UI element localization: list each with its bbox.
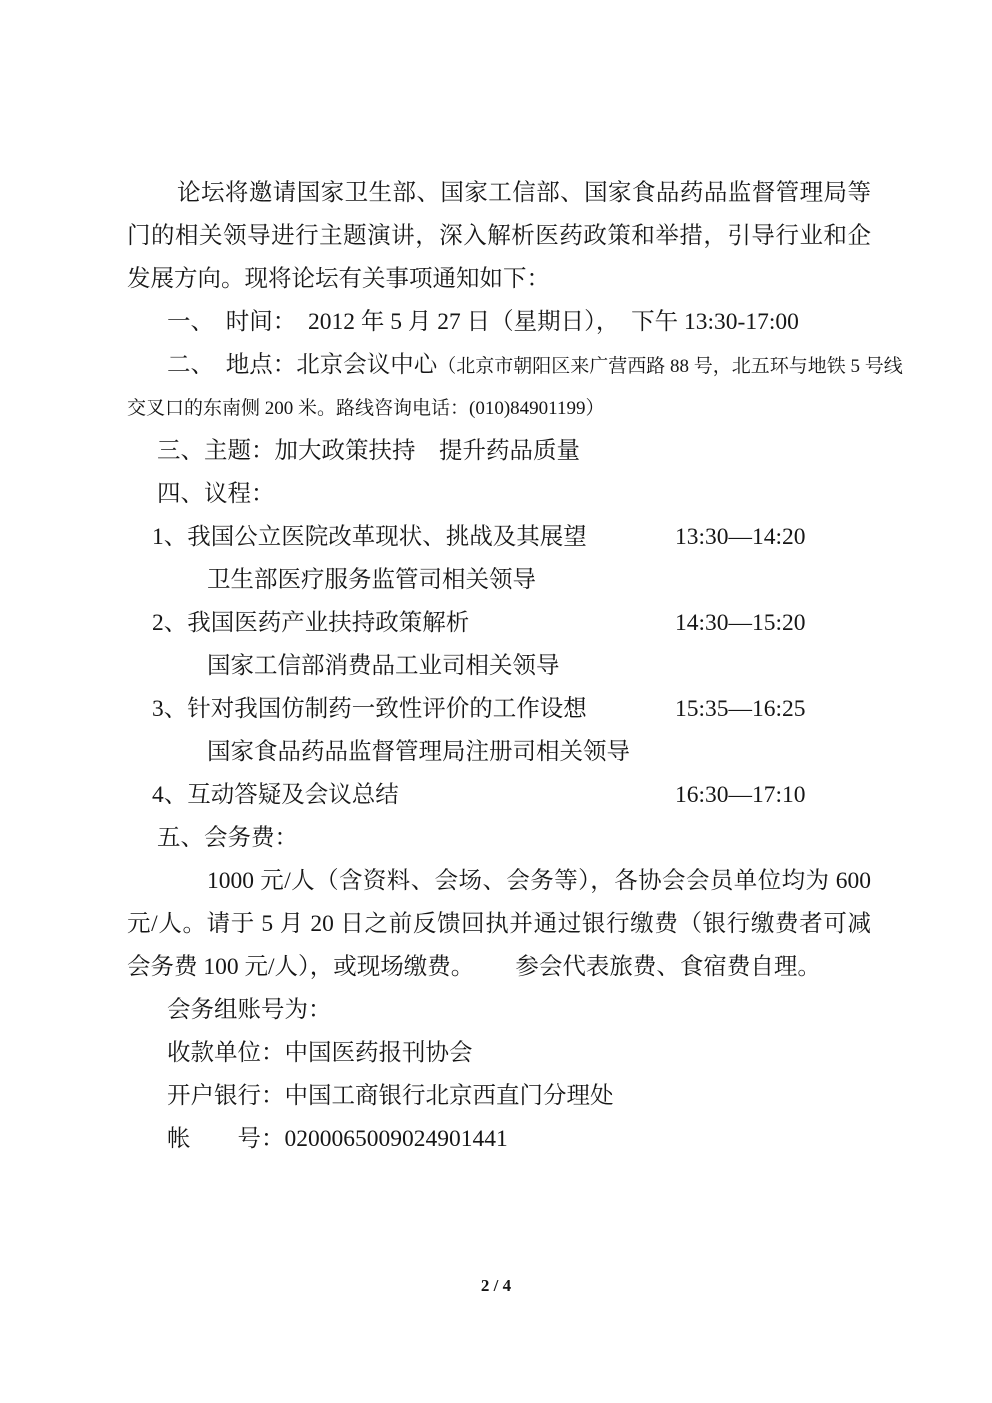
page-number: 2 / 4 bbox=[0, 1264, 992, 1307]
section-place: 二、 地点：北京会议中心（北京市朝阳区来广营西路 88 号，北五环与地铁 5 号… bbox=[127, 344, 871, 387]
agenda-item-2-speaker: 国家工信部消费品工业司相关领导 bbox=[127, 645, 871, 688]
intro-line-2: 门的相关领导进行主题演讲，深入解析医药政策和举措，引导行业和企业 bbox=[127, 215, 871, 258]
agenda-item-3: 3、针对我国仿制药一致性评价的工作设想 15:35—16:25 bbox=[127, 688, 871, 731]
account-payee: 收款单位：中国医药报刊协会 bbox=[127, 1032, 871, 1075]
document-page: 论坛将邀请国家卫生部、国家工信部、国家食品药品监督管理局等部 门的相关领导进行主… bbox=[0, 0, 992, 1403]
agenda-item-4-time: 16:30—17:10 bbox=[675, 774, 806, 817]
agenda-item-1-title: 1、我国公立医院改革现状、挑战及其展望 bbox=[152, 524, 587, 550]
agenda-item-2-time: 14:30—15:20 bbox=[675, 602, 806, 645]
section-theme: 三、主题：加大政策扶持 提升药品质量 bbox=[127, 430, 871, 473]
agenda-item-3-time: 15:35—16:25 bbox=[675, 688, 806, 731]
agenda-item-3-title: 3、针对我国仿制药一致性评价的工作设想 bbox=[152, 696, 587, 722]
section-fee-header: 五、会务费： bbox=[127, 817, 871, 860]
section-agenda-header: 四、议程： bbox=[127, 473, 871, 516]
document-body: 论坛将邀请国家卫生部、国家工信部、国家食品药品监督管理局等部 门的相关领导进行主… bbox=[127, 172, 871, 1161]
place-detail-line2: 交叉口的东南侧 200 米。路线咨询电话：(010)84901199） bbox=[127, 387, 871, 430]
agenda-item-2-title: 2、我国医药产业扶持政策解析 bbox=[152, 610, 469, 636]
fee-line-3: 会务费 100 元/人），或现场缴费。 参会代表旅费、食宿费自理。 bbox=[127, 946, 871, 989]
agenda-item-1-time: 13:30—14:20 bbox=[675, 516, 806, 559]
agenda-item-1: 1、我国公立医院改革现状、挑战及其展望 13:30—14:20 bbox=[127, 516, 871, 559]
account-intro: 会务组账号为： bbox=[127, 989, 871, 1032]
account-number: 帐 号：0200065009024901441 bbox=[127, 1118, 871, 1161]
fee-line-2: 元/人。请于 5 月 20 日之前反馈回执并通过银行缴费（银行缴费者可减免 bbox=[127, 903, 871, 946]
agenda-item-2: 2、我国医药产业扶持政策解析 14:30—15:20 bbox=[127, 602, 871, 645]
section-time: 一、 时间： 2012 年 5 月 27 日（星期日）， 下午 13:30-17… bbox=[127, 301, 871, 344]
agenda-item-3-speaker: 国家食品药品监督管理局注册司相关领导 bbox=[127, 731, 871, 774]
agenda-item-1-speaker: 卫生部医疗服务监管司相关领导 bbox=[127, 559, 871, 602]
agenda-item-4: 4、互动答疑及会议总结 16:30—17:10 bbox=[127, 774, 871, 817]
intro-line-3: 发展方向。现将论坛有关事项通知如下： bbox=[127, 258, 871, 301]
account-bank: 开户银行：中国工商银行北京西直门分理处 bbox=[127, 1075, 871, 1118]
agenda-item-4-title: 4、互动答疑及会议总结 bbox=[152, 782, 399, 808]
fee-line-1: 1000 元/人（含资料、会场、会务等），各协会会员单位均为 600 bbox=[127, 860, 871, 903]
intro-line-1: 论坛将邀请国家卫生部、国家工信部、国家食品药品监督管理局等部 bbox=[127, 172, 871, 215]
place-detail-inline: （北京市朝阳区来广营西路 88 号，北五环与地铁 5 号线 bbox=[437, 356, 903, 377]
place-main: 二、 地点：北京会议中心 bbox=[167, 352, 437, 378]
